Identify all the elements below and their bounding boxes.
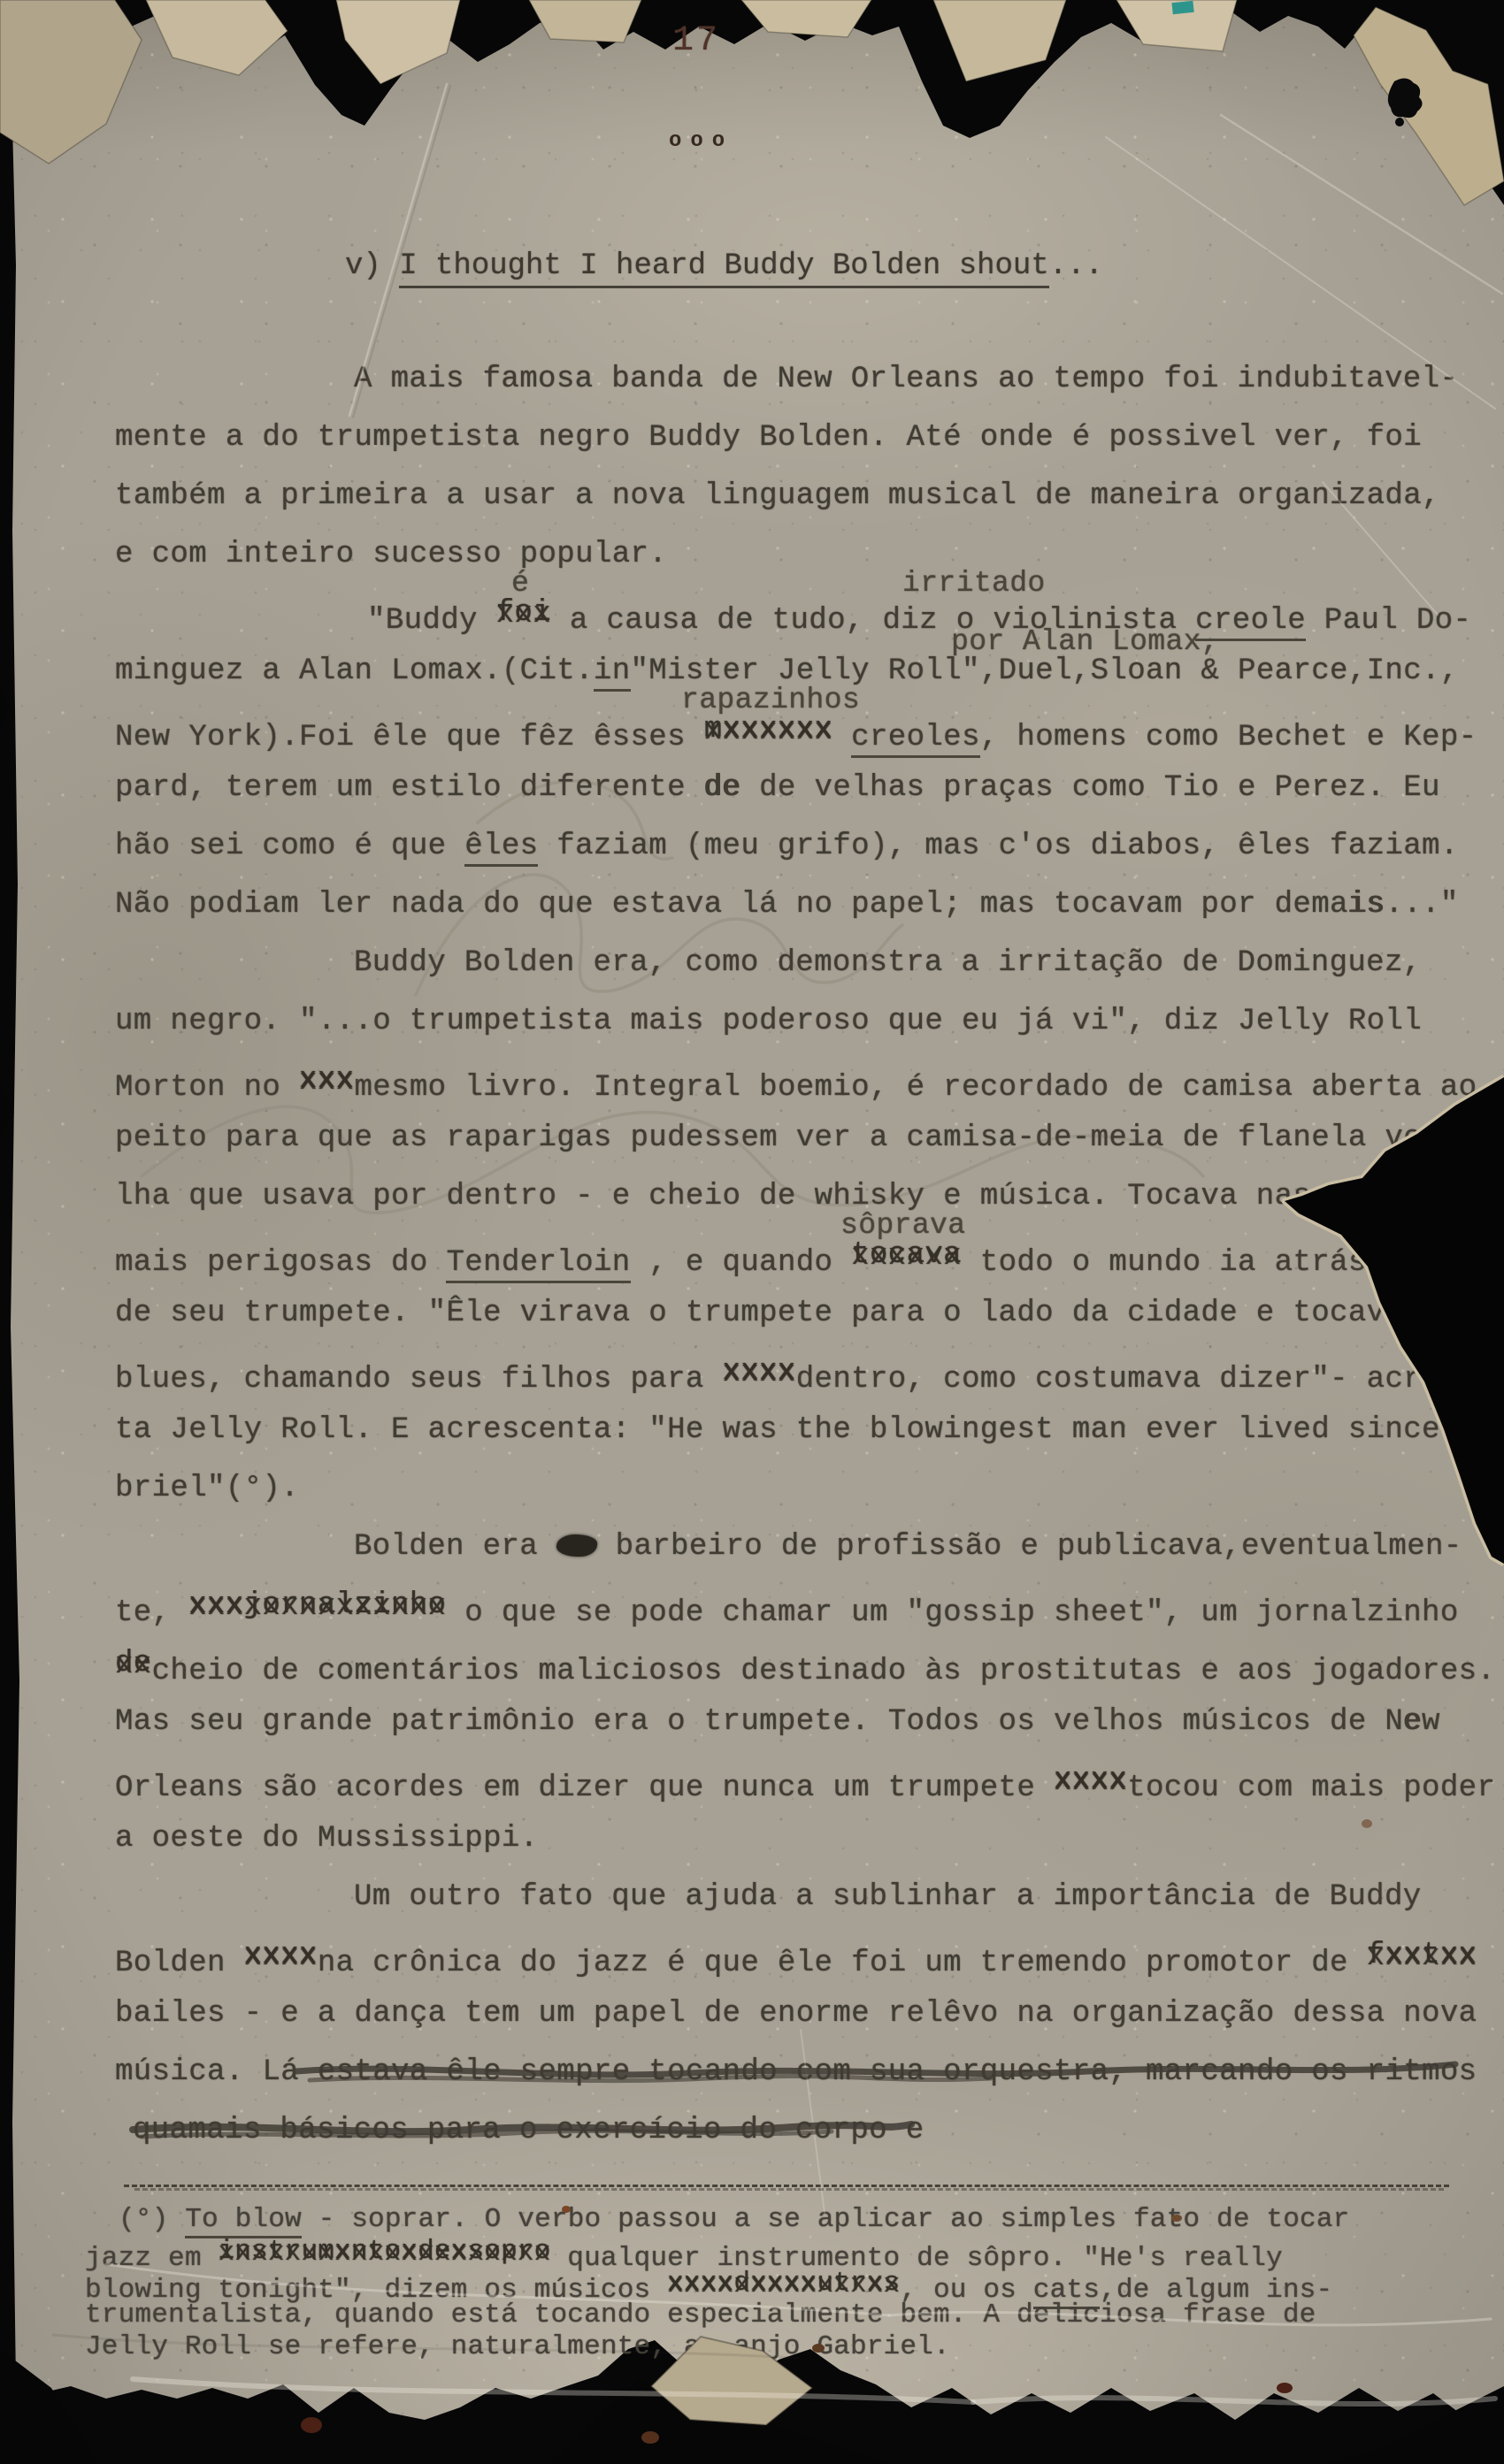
typed-over-text: instrumxntoxdexsopro bbox=[218, 2238, 550, 2265]
typed-text: Orleans são acordes em dizer que nunca u… bbox=[115, 1771, 1054, 1805]
underlined-text: in bbox=[594, 654, 631, 692]
typed-over-text: fxxtxx bbox=[1367, 1940, 1477, 1970]
typed-text bbox=[833, 721, 851, 754]
typed-over-text: xxxx bbox=[723, 1357, 796, 1387]
typed-text: e com inteiro sucesso popular. bbox=[115, 538, 667, 571]
typed-line: de seu trumpete. "Êle virava o trumpete … bbox=[115, 1298, 1495, 1328]
interline-insertion: é bbox=[511, 569, 529, 598]
typed-over-text: xxxjornalzinho bbox=[188, 1590, 446, 1620]
typed-line: mais perigosas do Tenderloin , e quando … bbox=[115, 1240, 1422, 1278]
typed-over-text: xxx bbox=[299, 1065, 354, 1095]
interline-insertion: sôprava bbox=[840, 1211, 965, 1240]
typed-line: bailes - e a dança tem um papel de enorm… bbox=[115, 1999, 1477, 2029]
interline-insertion: rapazinhos bbox=[681, 685, 860, 715]
typed-text: ..." bbox=[1385, 888, 1458, 922]
footnote-line: (°) To blow - soprar. O verbo passou a s… bbox=[119, 2206, 1349, 2233]
typed-text-layer: A mais famosa banda de New Orleans ao te… bbox=[0, 0, 1504, 2464]
typed-line: peito para que as raparigas pudessem ver… bbox=[115, 1123, 1495, 1153]
typed-text: dentro, como costumava dizer"- acrescen bbox=[796, 1363, 1504, 1397]
typed-text: bailes - e a dança tem um papel de enorm… bbox=[115, 1997, 1477, 2031]
typed-line: decheio de comentários maliciosos destin… bbox=[115, 1649, 1495, 1687]
typed-line: Não podiam ler nada do que estava lá no … bbox=[115, 890, 1459, 920]
typed-text: te, bbox=[115, 1596, 188, 1630]
typed-text: minguez a Alan Lomax.(Cit. bbox=[115, 654, 594, 688]
typed-line: A mais famosa banda de New Orleans ao te… bbox=[354, 364, 1458, 394]
typed-line: lha que usava por dentro - e cheio de wh… bbox=[115, 1182, 1440, 1212]
typed-line: Buddy Bolden era, como demonstra a irrit… bbox=[354, 948, 1422, 978]
footnote-rule bbox=[124, 2185, 1449, 2187]
typed-line: também a primeira a usar a nova linguage… bbox=[115, 481, 1440, 511]
typed-text: Jelly Roll se refere, naturalmente, ao a… bbox=[85, 2331, 950, 2362]
typed-text: New York).Foi êle que fêz êsses bbox=[115, 721, 704, 754]
typed-text: mais perigosas do bbox=[115, 1246, 446, 1280]
interline-insertion: por Alan Lomax, bbox=[951, 627, 1219, 656]
typed-line: um negro. "...o trumpetista mais poderos… bbox=[115, 1006, 1422, 1037]
typed-line: pard, terem um estilo diferente de de ve… bbox=[115, 773, 1440, 803]
underlined-text: creoles bbox=[851, 721, 980, 758]
typed-line: te, xxxjornalzinho o que se pode chamar … bbox=[115, 1590, 1459, 1628]
typed-line: Um outro fato que ajuda a sublinhar a im… bbox=[354, 1882, 1422, 1912]
footnote-rule bbox=[134, 2188, 1444, 2191]
typed-line: Mas seu grande patrimônio era o trumpete… bbox=[115, 1707, 1440, 1737]
typed-text: - soprar. O verbo passou a se aplicar ao… bbox=[302, 2204, 1350, 2235]
typed-text: briel"(°). bbox=[115, 1472, 299, 1505]
typed-text: faziam (meu grifo), mas c'os diabos, êle… bbox=[538, 830, 1458, 863]
typed-text: pard, terem um estilo diferente bbox=[115, 771, 704, 805]
typed-text: de seu trumpete. "Êle virava o trumpete … bbox=[115, 1297, 1495, 1330]
typed-line: New York).Foi êle que fêz êsses mxxxxxx … bbox=[115, 715, 1477, 753]
typed-line: Morton no xxxmesmo livro. Integral boemi… bbox=[115, 1065, 1477, 1103]
typed-text: blues, chamando seus filhos para bbox=[115, 1363, 723, 1397]
typed-text: trumentalista, quando está tocando espec… bbox=[85, 2299, 1316, 2330]
typed-text: hão sei como é que bbox=[115, 830, 464, 863]
typed-line: a oeste do Mussissippi. bbox=[115, 1824, 538, 1854]
typed-text: "Buddy bbox=[367, 604, 496, 638]
typed-line: Bolden xxxxna crônica do jazz é que êle … bbox=[115, 1940, 1477, 1978]
typed-line: mente a do trumpetista negro Buddy Bolde… bbox=[115, 423, 1422, 453]
typed-line: Bolden era barbeiro de profissão e publi… bbox=[354, 1532, 1462, 1562]
typed-line: hão sei como é que êles faziam (meu grif… bbox=[115, 831, 1459, 861]
typed-line: Orleans são acordes em dizer que nunca u… bbox=[115, 1765, 1495, 1803]
document-page: { "page": { "number": "17", "ornament": … bbox=[0, 0, 1504, 2464]
typed-text: todo o mundo ia atrás do bbox=[962, 1246, 1422, 1280]
typed-over-text: xxxxdxxxxutrxs bbox=[667, 2269, 900, 2297]
typed-text: Morton no bbox=[115, 1071, 299, 1105]
typed-text: o que se pode chamar um "gossip sheet", … bbox=[446, 1596, 1458, 1630]
typed-text: peito para que as raparigas pudessem ver… bbox=[115, 1121, 1495, 1155]
typed-line: e com inteiro sucesso popular. bbox=[115, 539, 667, 570]
typed-over-text: tocava bbox=[851, 1240, 962, 1270]
underlined-text: To blow bbox=[185, 2204, 302, 2238]
typed-text: mesmo livro. Integral boemio, é recordad… bbox=[354, 1071, 1477, 1105]
typed-text: tocou com mais poder bbox=[1127, 1771, 1495, 1805]
footnote-line: trumentalista, quando está tocando espec… bbox=[85, 2301, 1316, 2329]
typed-text: quamais básicos para o exercício do corp… bbox=[133, 2114, 925, 2147]
typed-text: de velhas praças como Tio e Perez. Eu bbox=[740, 771, 1440, 805]
typed-text: Mas seu grande patrimônio era o trumpete… bbox=[115, 1705, 1403, 1739]
typed-text: lha que usava por dentro - e cheio de wh… bbox=[115, 1180, 1440, 1213]
typed-text: Paul Do- bbox=[1306, 604, 1471, 638]
typed-text: rapazinhos bbox=[681, 684, 860, 716]
typed-line: quamais básicos para o exercício do corp… bbox=[133, 2116, 925, 2146]
typed-text: Lá estava êle sempre tocando com sua orq… bbox=[262, 2055, 1477, 2089]
typed-text: e bbox=[1403, 1705, 1422, 1739]
typed-over-text: mxxxxxx bbox=[704, 715, 833, 745]
typed-text: is bbox=[1348, 888, 1385, 922]
typed-text: cheio de comentários maliciosos destinad… bbox=[152, 1655, 1496, 1688]
typed-text: é bbox=[511, 567, 529, 600]
typed-text: na crônica do jazz é que êle foi um trem… bbox=[318, 1947, 1367, 1980]
typed-text: w bbox=[1422, 1705, 1440, 1739]
typed-line: música. Lá estava êle sempre tocando com… bbox=[115, 2057, 1477, 2087]
typed-text: música. bbox=[115, 2055, 262, 2089]
typed-text: Não podiam ler nada do que estava lá no … bbox=[115, 888, 1348, 922]
typed-over-text: xxxx bbox=[244, 1940, 318, 1970]
typed-text: , e quando bbox=[631, 1246, 852, 1280]
typed-text: A mais famosa banda de New Orleans ao te… bbox=[354, 363, 1458, 396]
typed-text: Bolden era bbox=[354, 1530, 556, 1564]
typed-text: Bolden bbox=[115, 1947, 244, 1980]
typed-over-text: de bbox=[115, 1649, 152, 1679]
typed-text: um negro. "...o trumpetista mais poderos… bbox=[115, 1005, 1422, 1038]
ink-blot bbox=[556, 1534, 597, 1557]
typed-text: irritado bbox=[902, 567, 1046, 600]
typed-over-text: foi bbox=[496, 598, 551, 628]
interline-insertion: irritado bbox=[902, 569, 1046, 598]
typed-text: (°) bbox=[119, 2204, 185, 2235]
scanned-typescript: 17 ooo v) I thought I heard Buddy Bolden… bbox=[0, 0, 1504, 2464]
typed-text: , homens como Bechet e Kep- bbox=[980, 721, 1477, 754]
typed-text: Buddy Bolden era, como demonstra a irrit… bbox=[354, 946, 1422, 980]
typed-line: blues, chamando seus filhos para xxxxden… bbox=[115, 1357, 1504, 1395]
footnote-line: Jelly Roll se refere, naturalmente, ao a… bbox=[85, 2333, 950, 2361]
underlined-text: Tenderloin bbox=[446, 1246, 630, 1283]
typed-line: "Buddy foi a causa de tudo, diz o violin… bbox=[367, 598, 1471, 636]
typed-text: mente a do trumpetista negro Buddy Bolde… bbox=[115, 421, 1422, 455]
typed-text: de bbox=[704, 771, 741, 805]
underlined-text: êles bbox=[464, 830, 538, 867]
typed-text: a oeste do Mussissippi. bbox=[115, 1822, 538, 1856]
typed-line: ta Jelly Roll. E acrescenta: "He was the… bbox=[115, 1415, 1504, 1445]
footnote-line: jazz em instrumxntoxdexsopro qualquer in… bbox=[85, 2238, 1283, 2272]
typed-over-text: xxxx bbox=[1054, 1765, 1127, 1795]
typed-text: ta Jelly Roll. E acrescenta: "He was the… bbox=[115, 1413, 1504, 1447]
typed-text: por Alan Lomax, bbox=[951, 625, 1219, 658]
typed-text: barbeiro de profissão e publicava,eventu… bbox=[597, 1530, 1462, 1564]
typed-line: minguez a Alan Lomax.(Cit.in"Mister Jell… bbox=[115, 656, 1459, 686]
typed-text: também a primeira a usar a nova linguage… bbox=[115, 479, 1440, 513]
typed-line: briel"(°). bbox=[115, 1473, 299, 1504]
typed-text: sôprava bbox=[840, 1209, 965, 1242]
typed-text: Um outro fato que ajuda a sublinhar a im… bbox=[354, 1880, 1422, 1914]
